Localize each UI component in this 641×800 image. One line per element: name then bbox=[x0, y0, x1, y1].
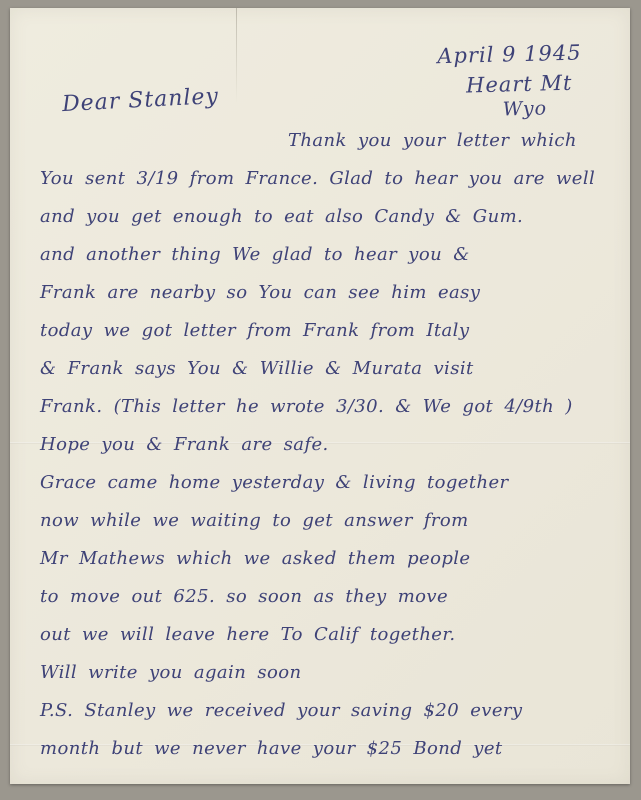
letter-line: today we got letter from Frank from Ital… bbox=[40, 312, 612, 350]
fold-crease-vertical bbox=[236, 8, 237, 103]
letter-line: and you get enough to eat also Candy & G… bbox=[40, 198, 612, 236]
letter-line: Will write you again soon bbox=[40, 654, 612, 692]
letter-place-line2: Wyo bbox=[430, 96, 616, 123]
letter-date: April 9 1945 bbox=[429, 40, 615, 69]
letter-salutation: Dear Stanley bbox=[61, 84, 219, 117]
letter-line: & Frank says You & Willie & Murata visit bbox=[40, 350, 612, 388]
letter-line: Mr Mathews which we asked them people bbox=[40, 540, 612, 578]
letter-line: Thank you your letter which bbox=[40, 122, 612, 160]
date-block: April 9 1945 Heart Mt Wyo bbox=[429, 40, 616, 123]
letter-place-line1: Heart Mt bbox=[430, 70, 616, 99]
letter-paper: April 9 1945 Heart Mt Wyo Dear Stanley T… bbox=[10, 8, 630, 784]
letter-line: You sent 3/19 from France. Glad to hear … bbox=[40, 160, 612, 198]
letter-line: month but we never have your $25 Bond ye… bbox=[40, 730, 612, 768]
letter-line: out we will leave here To Calif together… bbox=[40, 616, 612, 654]
letter-line: now while we waiting to get answer from bbox=[40, 502, 612, 540]
scan-background: April 9 1945 Heart Mt Wyo Dear Stanley T… bbox=[0, 0, 641, 800]
letter-line: Grace came home yesterday & living toget… bbox=[40, 464, 612, 502]
letter-body: Thank you your letter which You sent 3/1… bbox=[40, 122, 612, 768]
letter-line: Frank are nearby so You can see him easy bbox=[40, 274, 612, 312]
letter-line: to move out 625. so soon as they move bbox=[40, 578, 612, 616]
letter-line: P.S. Stanley we received your saving $20… bbox=[40, 692, 612, 730]
letter-line: and another thing We glad to hear you & bbox=[40, 236, 612, 274]
letter-line: Hope you & Frank are safe. bbox=[40, 426, 612, 464]
letter-line: Frank. (This letter he wrote 3/30. & We … bbox=[40, 388, 612, 426]
